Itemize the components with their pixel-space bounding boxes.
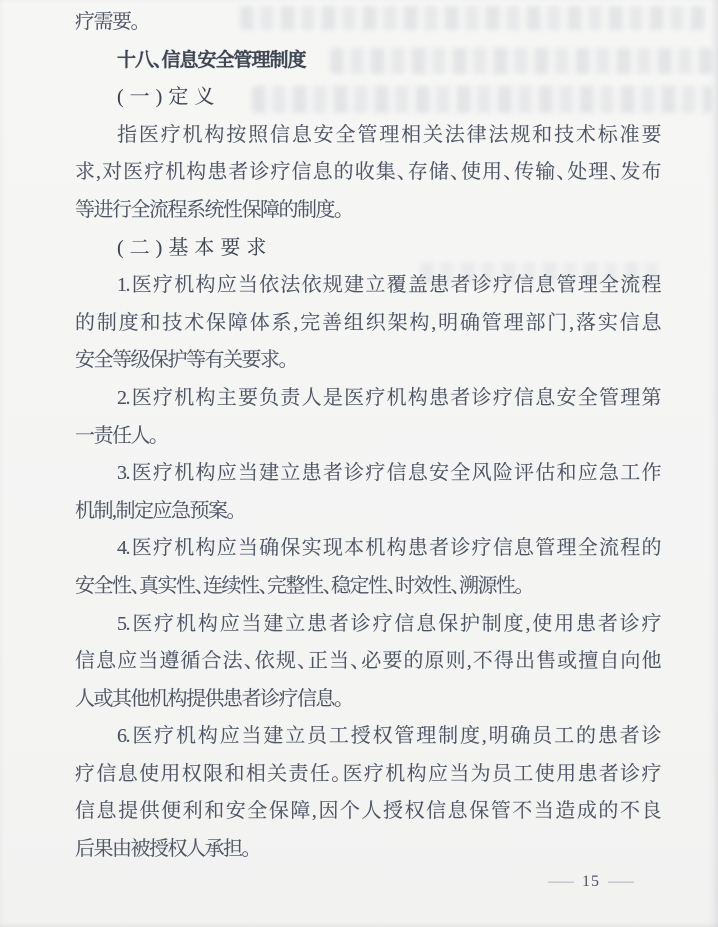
body-text-line: 信息提供便利和安全保障,因个人授权信息保管不当造成的不良 xyxy=(75,793,660,831)
body-text-line: 等进行全流程系统性保障的制度。 xyxy=(75,192,660,230)
body-text-line: 指医疗机构按照信息安全管理相关法律法规和技术标准要 xyxy=(75,117,660,155)
body-text-line: 安全等级保护等有关要求。 xyxy=(75,342,660,380)
page-number-value: 15 xyxy=(582,871,600,893)
body-text-line: 安全性、真实性、连续性、完整性、稳定性、时效性、溯源性。 xyxy=(75,568,660,606)
scanned-document-page: 疗需要。十八、信息安全管理制度(一)定义指医疗机构按照信息安全管理相关法律法规和… xyxy=(0,0,718,927)
page-number-dash-right: — xyxy=(608,871,634,893)
body-text-line: 5.医疗机构应当建立患者诊疗信息保护制度,使用患者诊疗 xyxy=(75,606,660,644)
subsection-heading-line: (一)定义 xyxy=(75,79,660,117)
body-text-line: 机制,制定应急预案。 xyxy=(75,493,660,531)
document-body: 疗需要。十八、信息安全管理制度(一)定义指医疗机构按照信息安全管理相关法律法规和… xyxy=(75,4,660,869)
body-text-line: 后果由被授权人承担。 xyxy=(75,831,660,869)
body-text-line: 1.医疗机构应当依法依规建立覆盖患者诊疗信息管理全流程 xyxy=(75,267,660,305)
body-text-line: 2.医疗机构主要负责人是医疗机构患者诊疗信息安全管理第 xyxy=(75,380,660,418)
body-text-line: 信息应当遵循合法、依规、正当、必要的原则,不得出售或擅自向他 xyxy=(75,643,660,681)
body-text-line: 的制度和技术保障体系,完善组织架构,明确管理部门,落实信息 xyxy=(75,305,660,343)
body-text-line: 6.医疗机构应当建立员工授权管理制度,明确员工的患者诊 xyxy=(75,718,660,756)
body-text-line: 人或其他机构提供患者诊疗信息。 xyxy=(75,681,660,719)
page-number-dash-left: — xyxy=(548,871,574,893)
body-text-line: 疗需要。 xyxy=(75,4,660,42)
body-text-line: 一责任人。 xyxy=(75,418,660,456)
body-text-line: 4.医疗机构应当确保实现本机构患者诊疗信息管理全流程的 xyxy=(75,530,660,568)
body-text-line: 疗信息使用权限和相关责任。医疗机构应当为员工使用患者诊疗 xyxy=(75,756,660,794)
page-number: — 15 — xyxy=(553,871,629,893)
section-heading-line: 十八、信息安全管理制度 xyxy=(75,42,660,80)
body-text-line: 3.医疗机构应当建立患者诊疗信息安全风险评估和应急工作 xyxy=(75,455,660,493)
subsection-heading-line: (二)基本要求 xyxy=(75,230,660,268)
body-text-line: 求,对医疗机构患者诊疗信息的收集、存储、使用、传输、处理、发布 xyxy=(75,154,660,192)
